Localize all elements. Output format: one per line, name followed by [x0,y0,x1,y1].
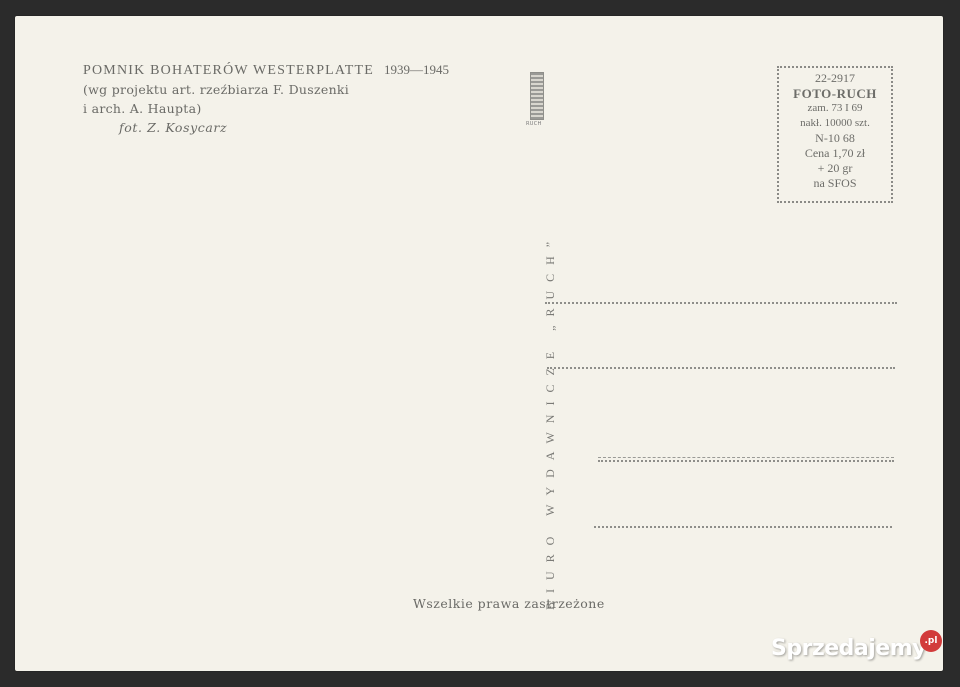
stamp-print-run: nakł. 10000 szt. [779,116,891,131]
stamp-fund: na SFOS [779,176,891,191]
stamp-code: 22-2917 [779,71,891,86]
stamp-order: zam. 73 I 69 [779,101,891,116]
price-stamp-box: 22-2917 FOTO-RUCH zam. 73 I 69 nakł. 100… [777,66,893,203]
caption-architect: i arch. A. Haupta) [83,99,449,118]
ruch-logo-icon: RUCH [528,72,546,130]
address-line-2 [547,367,895,369]
stamp-number: N-10 68 [779,131,891,146]
monument-title-text: POMNIK BOHATERÓW WESTERPLATTE [83,63,374,78]
address-line-3 [598,457,894,462]
stamp-price: Cena 1,70 zł [779,146,891,161]
monument-title: POMNIK BOHATERÓW WESTERPLATTE1939—1945 [83,60,449,80]
rights-reserved-text: Wszelkie prawa zastrzeżone [413,596,605,611]
postcard-caption: POMNIK BOHATERÓW WESTERPLATTE1939—1945 (… [83,60,449,137]
monument-years: 1939—1945 [384,62,449,77]
publisher-vertical-text: BIURO WYDAWNICZE „RUCH” [543,233,558,610]
caption-sculptor: (wg projektu art. rzeźbiarza F. Duszenki [83,80,449,99]
address-line-1 [545,302,897,304]
ruch-logo-label: RUCH [526,121,542,127]
address-line-4 [594,526,892,528]
stamp-brand: FOTO-RUCH [779,86,891,101]
pl-badge-icon: .pl [920,630,942,652]
ruch-logo-bar [530,72,544,120]
photo-credit: fot. Z. Kosycarz [83,118,449,137]
postcard-back: POMNIK BOHATERÓW WESTERPLATTE1939—1945 (… [15,16,943,671]
sprzedajemy-watermark: Sprzedajemy [771,636,926,661]
stamp-surcharge: + 20 gr [779,161,891,176]
